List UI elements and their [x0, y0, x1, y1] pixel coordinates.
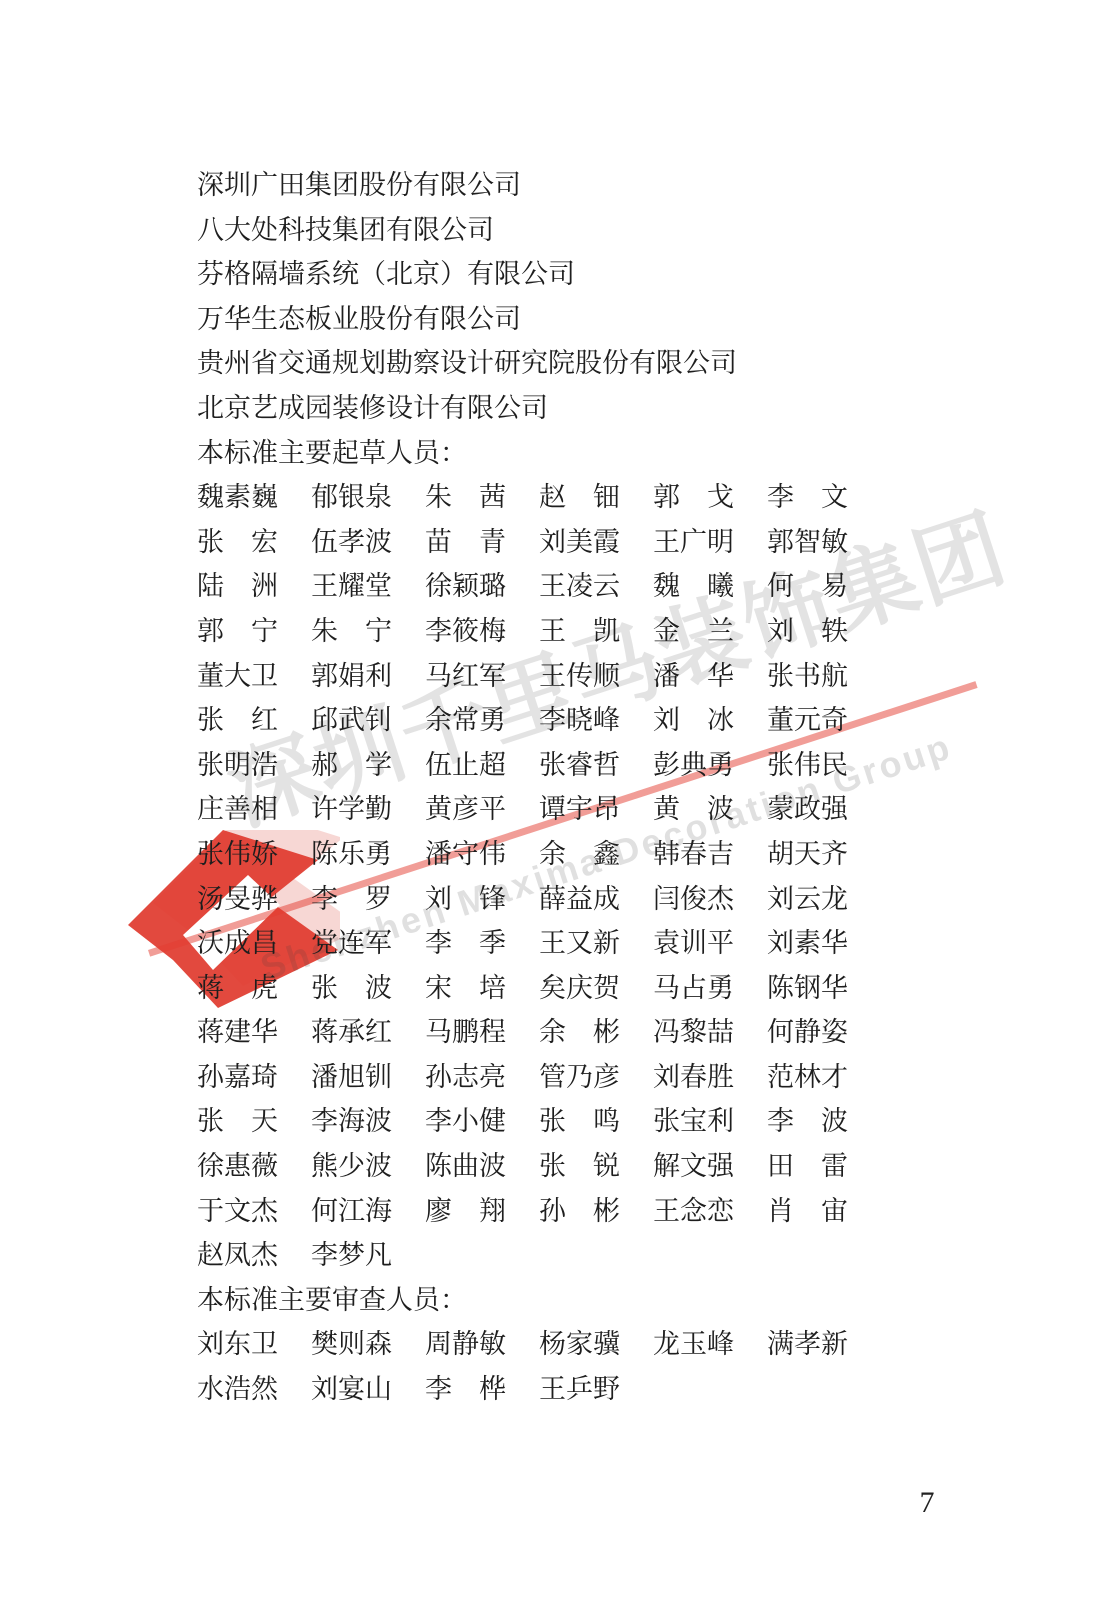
person-name: 张睿哲	[539, 743, 621, 788]
person-name: 何静姿	[767, 1010, 849, 1055]
person-name: 赵凤杰	[197, 1233, 279, 1278]
person-name: 党连军	[311, 921, 393, 966]
document-page: 深圳千里马装饰集团 Shenzhen Maxima Decoration Gro…	[0, 0, 1103, 1597]
person-name: 张伟民	[767, 743, 849, 788]
person-name: 朱 宁	[311, 609, 393, 654]
person-name: 马占勇	[653, 966, 735, 1011]
personnel-row: 张伟娇陈乐勇潘守伟余 鑫韩春吉胡天齐	[197, 832, 881, 877]
personnel-row: 郭 宁朱 宁李筱梅王 凯金 兰刘 轶	[197, 609, 881, 654]
person-name: 王 凯	[539, 609, 621, 654]
person-name: 于文杰	[197, 1189, 279, 1234]
person-name: 刘宴山	[311, 1367, 393, 1412]
personnel-row: 董大卫郭娟利马红军王传顺潘 华张书航	[197, 654, 881, 699]
drafters-heading: 本标准主要起草人员：	[197, 431, 881, 476]
person-name: 李 桦	[425, 1367, 507, 1412]
person-name: 王乒野	[539, 1367, 621, 1412]
person-name: 马鹏程	[425, 1010, 507, 1055]
person-name: 熊少波	[311, 1144, 393, 1189]
person-name: 蒙政强	[767, 787, 849, 832]
person-name: 赵 钿	[539, 475, 621, 520]
person-name: 韩春吉	[653, 832, 735, 877]
person-name: 樊则森	[311, 1322, 393, 1367]
personnel-row: 汤旻骅李 罗刘 锋薛益成闫俊杰刘云龙	[197, 877, 881, 922]
person-name: 满孝新	[767, 1322, 849, 1367]
person-name: 蒋建华	[197, 1010, 279, 1055]
person-name: 何 易	[767, 564, 849, 609]
person-name: 李 波	[767, 1099, 849, 1144]
personnel-row: 水浩然刘宴山李 桦王乒野	[197, 1367, 881, 1412]
personnel-row: 张 天李海波李小健张 鸣张宝利李 波	[197, 1099, 881, 1144]
person-name: 王传顺	[539, 654, 621, 699]
document-content: 深圳广田集团股份有限公司八大处科技集团有限公司芬格隔墙系统（北京）有限公司万华生…	[197, 163, 881, 1412]
person-name: 矣庆贺	[539, 966, 621, 1011]
person-name: 袁训平	[653, 921, 735, 966]
person-name: 水浩然	[197, 1367, 279, 1412]
personnel-row: 陆 洲王耀堂徐颖璐王凌云魏 曦何 易	[197, 564, 881, 609]
personnel-row: 张 红邱武钊余常勇李晓峰刘 冰董元奇	[197, 698, 881, 743]
person-name: 肖 宙	[767, 1189, 849, 1234]
person-name: 余常勇	[425, 698, 507, 743]
person-name: 余 彬	[539, 1010, 621, 1055]
person-name: 孙志亮	[425, 1055, 507, 1100]
person-name: 陈曲波	[425, 1144, 507, 1189]
person-name: 张 锐	[539, 1144, 621, 1189]
person-name: 张宝利	[653, 1099, 735, 1144]
person-name: 董元奇	[767, 698, 849, 743]
person-name: 胡天齐	[767, 832, 849, 877]
person-name: 张 红	[197, 698, 279, 743]
person-name: 郁银泉	[311, 475, 393, 520]
person-name: 徐颖璐	[425, 564, 507, 609]
person-name: 龙玉峰	[653, 1322, 735, 1367]
person-name: 范林才	[767, 1055, 849, 1100]
person-name: 张伟娇	[197, 832, 279, 877]
company-list: 深圳广田集团股份有限公司八大处科技集团有限公司芬格隔墙系统（北京）有限公司万华生…	[197, 163, 881, 431]
person-name: 马红军	[425, 654, 507, 699]
person-name: 管乃彦	[539, 1055, 621, 1100]
person-name: 蒋 虎	[197, 966, 279, 1011]
person-name: 黄 波	[653, 787, 735, 832]
person-name: 张 天	[197, 1099, 279, 1144]
personnel-row: 魏素巍郁银泉朱 茜赵 钿郭 戈李 文	[197, 475, 881, 520]
personnel-row: 徐惠薇熊少波陈曲波张 锐解文强田 雷	[197, 1144, 881, 1189]
person-name: 余 鑫	[539, 832, 621, 877]
reviewers-heading: 本标准主要审查人员：	[197, 1278, 881, 1323]
person-name: 陈钢华	[767, 966, 849, 1011]
page-number: 7	[905, 1486, 949, 1520]
personnel-row: 于文杰何江海廖 翔孙 彬王念恋肖 宙	[197, 1189, 881, 1234]
person-name: 潘 华	[653, 654, 735, 699]
person-name: 魏素巍	[197, 475, 279, 520]
company-name: 贵州省交通规划勘察设计研究院股份有限公司	[197, 341, 881, 386]
person-name: 潘旭钏	[311, 1055, 393, 1100]
person-name: 李梦凡	[311, 1233, 393, 1278]
person-name: 张书航	[767, 654, 849, 699]
person-name: 宋 培	[425, 966, 507, 1011]
person-name: 苗 青	[425, 520, 507, 565]
personnel-row: 张明浩郝 学伍止超张睿哲彭典勇张伟民	[197, 743, 881, 788]
person-name: 郭娟利	[311, 654, 393, 699]
person-name: 廖 翔	[425, 1189, 507, 1234]
person-name: 郝 学	[311, 743, 393, 788]
personnel-row: 蒋建华蒋承红马鹏程余 彬冯黎喆何静姿	[197, 1010, 881, 1055]
personnel-row: 庄善相许学勤黄彦平谭宇昂黄 波蒙政强	[197, 787, 881, 832]
drafters-list: 魏素巍郁银泉朱 茜赵 钿郭 戈李 文张 宏伍孝波苗 青刘美霞王广明郭智敏陆 洲王…	[197, 475, 881, 1278]
person-name: 刘 轶	[767, 609, 849, 654]
person-name: 刘 锋	[425, 877, 507, 922]
person-name: 彭典勇	[653, 743, 735, 788]
person-name: 伍止超	[425, 743, 507, 788]
person-name: 王凌云	[539, 564, 621, 609]
person-name: 孙 彬	[539, 1189, 621, 1234]
person-name: 刘东卫	[197, 1322, 279, 1367]
person-name: 李 季	[425, 921, 507, 966]
company-name: 万华生态板业股份有限公司	[197, 297, 881, 342]
personnel-row: 赵凤杰李梦凡	[197, 1233, 881, 1278]
person-name: 汤旻骅	[197, 877, 279, 922]
person-name: 蒋承红	[311, 1010, 393, 1055]
person-name: 金 兰	[653, 609, 735, 654]
person-name: 孙嘉琦	[197, 1055, 279, 1100]
personnel-row: 张 宏伍孝波苗 青刘美霞王广明郭智敏	[197, 520, 881, 565]
person-name: 刘素华	[767, 921, 849, 966]
person-name: 陆 洲	[197, 564, 279, 609]
company-name: 芬格隔墙系统（北京）有限公司	[197, 252, 881, 297]
personnel-row: 刘东卫樊则森周静敏杨家骥龙玉峰满孝新	[197, 1322, 881, 1367]
person-name: 朱 茜	[425, 475, 507, 520]
person-name: 李小健	[425, 1099, 507, 1144]
company-name: 深圳广田集团股份有限公司	[197, 163, 881, 208]
person-name: 陈乐勇	[311, 832, 393, 877]
person-name: 薛益成	[539, 877, 621, 922]
person-name: 解文强	[653, 1144, 735, 1189]
person-name: 李海波	[311, 1099, 393, 1144]
person-name: 徐惠薇	[197, 1144, 279, 1189]
personnel-row: 蒋 虎张 波宋 培矣庆贺马占勇陈钢华	[197, 966, 881, 1011]
person-name: 邱武钊	[311, 698, 393, 743]
person-name: 张明浩	[197, 743, 279, 788]
person-name: 张 鸣	[539, 1099, 621, 1144]
person-name: 王耀堂	[311, 564, 393, 609]
person-name: 杨家骥	[539, 1322, 621, 1367]
company-name: 八大处科技集团有限公司	[197, 208, 881, 253]
person-name: 沃成昌	[197, 921, 279, 966]
person-name: 刘 冰	[653, 698, 735, 743]
person-name: 李晓峰	[539, 698, 621, 743]
person-name: 黄彦平	[425, 787, 507, 832]
person-name: 李 罗	[311, 877, 393, 922]
person-name: 张 波	[311, 966, 393, 1011]
person-name: 谭宇昂	[539, 787, 621, 832]
person-name: 郭 戈	[653, 475, 735, 520]
person-name: 郭智敏	[767, 520, 849, 565]
person-name: 李筱梅	[425, 609, 507, 654]
person-name: 许学勤	[311, 787, 393, 832]
person-name: 潘守伟	[425, 832, 507, 877]
personnel-row: 沃成昌党连军李 季王又新袁训平刘素华	[197, 921, 881, 966]
person-name: 庄善相	[197, 787, 279, 832]
person-name: 刘美霞	[539, 520, 621, 565]
person-name: 刘云龙	[767, 877, 849, 922]
person-name: 郭 宁	[197, 609, 279, 654]
person-name: 闫俊杰	[653, 877, 735, 922]
person-name: 魏 曦	[653, 564, 735, 609]
person-name: 刘春胜	[653, 1055, 735, 1100]
person-name: 何江海	[311, 1189, 393, 1234]
person-name: 张 宏	[197, 520, 279, 565]
person-name: 李 文	[767, 475, 849, 520]
person-name: 王广明	[653, 520, 735, 565]
person-name: 王又新	[539, 921, 621, 966]
person-name: 伍孝波	[311, 520, 393, 565]
person-name: 周静敏	[425, 1322, 507, 1367]
company-name: 北京艺成园装修设计有限公司	[197, 386, 881, 431]
personnel-row: 孙嘉琦潘旭钏孙志亮管乃彦刘春胜范林才	[197, 1055, 881, 1100]
person-name: 董大卫	[197, 654, 279, 699]
person-name: 王念恋	[653, 1189, 735, 1234]
reviewers-list: 刘东卫樊则森周静敏杨家骥龙玉峰满孝新水浩然刘宴山李 桦王乒野	[197, 1322, 881, 1411]
person-name: 冯黎喆	[653, 1010, 735, 1055]
person-name: 田 雷	[767, 1144, 849, 1189]
